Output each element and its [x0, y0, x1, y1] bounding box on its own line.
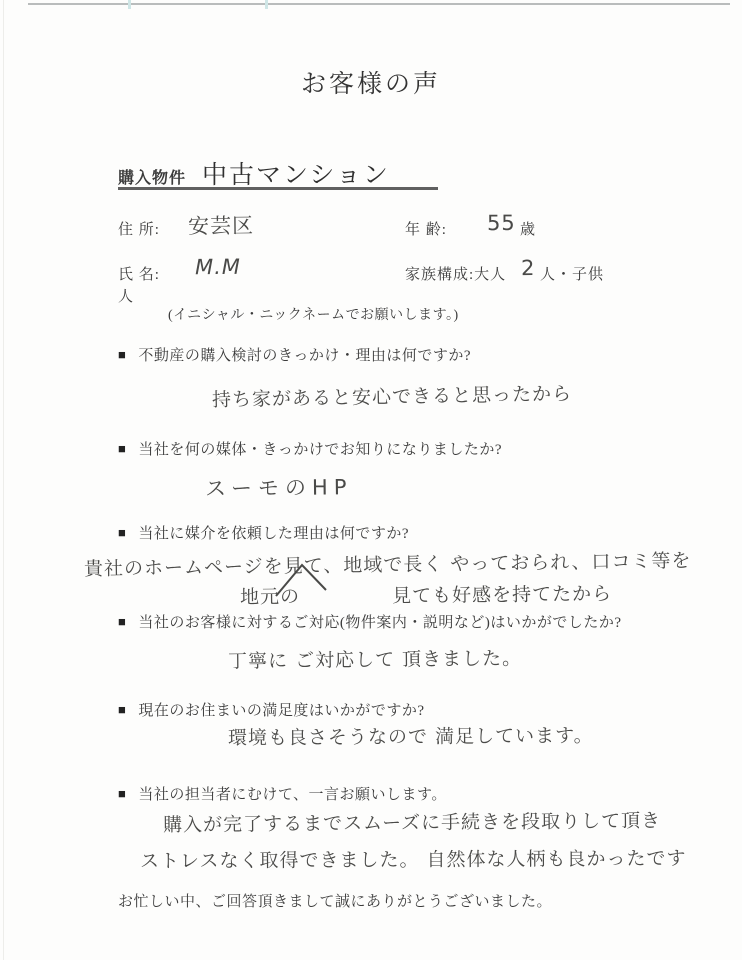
square-bullet-icon: ■ — [118, 441, 126, 457]
property-value: 中古マンション — [202, 162, 390, 189]
scanned-survey-page: お客様の声 購入物件中古マンション 住 所: 安芸区 年 齢: 55 歳 氏 名… — [0, 0, 742, 960]
question-3-insertion-handwritten: 地元の — [240, 582, 300, 610]
name-label: 氏 名: — [118, 263, 160, 284]
family-adults-handwritten: 2 — [521, 256, 536, 280]
scan-edge-line — [28, 3, 730, 5]
question-6-label: 当社の担当者にむけて、一言お願いします。 — [138, 787, 447, 803]
page-title: お客様の声 — [0, 64, 742, 100]
question-4-answer-handwritten: 丁寧に ご対応して 頂きました。 — [228, 643, 522, 673]
question-5-label: 現在のお住まいの満足度はいかがですか? — [138, 703, 424, 719]
property-label: 購入物件 — [118, 170, 186, 187]
family-wrap-label: 人 — [118, 285, 134, 306]
question-3-answer-line2-handwritten: 見ても好感を持てたから — [392, 579, 612, 608]
question-4: ■当社のお客様に対するご対応(物件案内・説明など)はいかがでしたか? — [118, 611, 622, 632]
question-2-label: 当社を何の媒体・きっかけでお知りになりましたか? — [138, 442, 502, 458]
question-3-label: 当社に媒介を依頼した理由は何ですか? — [138, 526, 409, 542]
square-bullet-icon: ■ — [118, 347, 126, 363]
property-underline — [118, 187, 438, 190]
scan-artifact-tick — [265, 0, 268, 9]
square-bullet-icon: ■ — [118, 614, 126, 630]
age-unit: 歳 — [520, 218, 536, 239]
question-6-answer-line2-handwritten: ストレスなく取得できました。 自然体な人柄も良かったです — [140, 844, 687, 874]
family-mid-label: 人・子供 — [540, 263, 604, 284]
scan-artifact-tick — [128, 0, 131, 9]
question-1-answer-handwritten: 持ち家があると安心できると思ったから — [212, 379, 572, 412]
address-value-handwritten: 安芸区 — [188, 210, 254, 241]
square-bullet-icon: ■ — [118, 702, 126, 718]
question-5: ■現在のお住まいの満足度はいかがですか? — [118, 699, 425, 720]
scan-edge-line-left — [3, 0, 4, 960]
question-6: ■当社の担当者にむけて、一言お願いします。 — [118, 783, 447, 804]
question-3: ■当社に媒介を依頼した理由は何ですか? — [118, 522, 409, 543]
question-3-answer-line1-handwritten: 貴社のホームページを見て、地域で長く やっておられ、口コミ等を — [84, 546, 692, 581]
family-label: 家族構成:大人 — [405, 263, 506, 284]
question-6-answer-line1-handwritten: 購入が完了するまでスムーズに手続きを段取りして頂き — [163, 806, 661, 837]
question-1-label: 不動産の購入検討のきっかけ・理由は何ですか? — [138, 348, 471, 364]
address-label: 住 所: — [118, 218, 160, 239]
footer-thanks: お忙しい中、ご回答頂きまして誠にありがとうございました。 — [118, 890, 552, 911]
square-bullet-icon: ■ — [118, 525, 126, 541]
question-5-answer-handwritten: 環境も良さそうなので 満足しています。 — [228, 721, 594, 751]
square-bullet-icon: ■ — [118, 786, 126, 802]
name-value-handwritten: M.M — [195, 255, 241, 279]
question-2: ■当社を何の媒体・きっかけでお知りになりましたか? — [118, 438, 502, 459]
age-value-handwritten: 55 — [487, 211, 516, 235]
property-line: 購入物件中古マンション — [118, 155, 390, 191]
question-1: ■不動産の購入検討のきっかけ・理由は何ですか? — [118, 344, 471, 365]
question-2-answer-handwritten: スーモのHP — [205, 471, 353, 503]
name-note: (イニシャル・ニックネームでお願いします。) — [168, 304, 459, 324]
question-4-label: 当社のお客様に対するご対応(物件案内・説明など)はいかがでしたか? — [138, 615, 621, 631]
age-label: 年 齢: — [405, 218, 447, 239]
